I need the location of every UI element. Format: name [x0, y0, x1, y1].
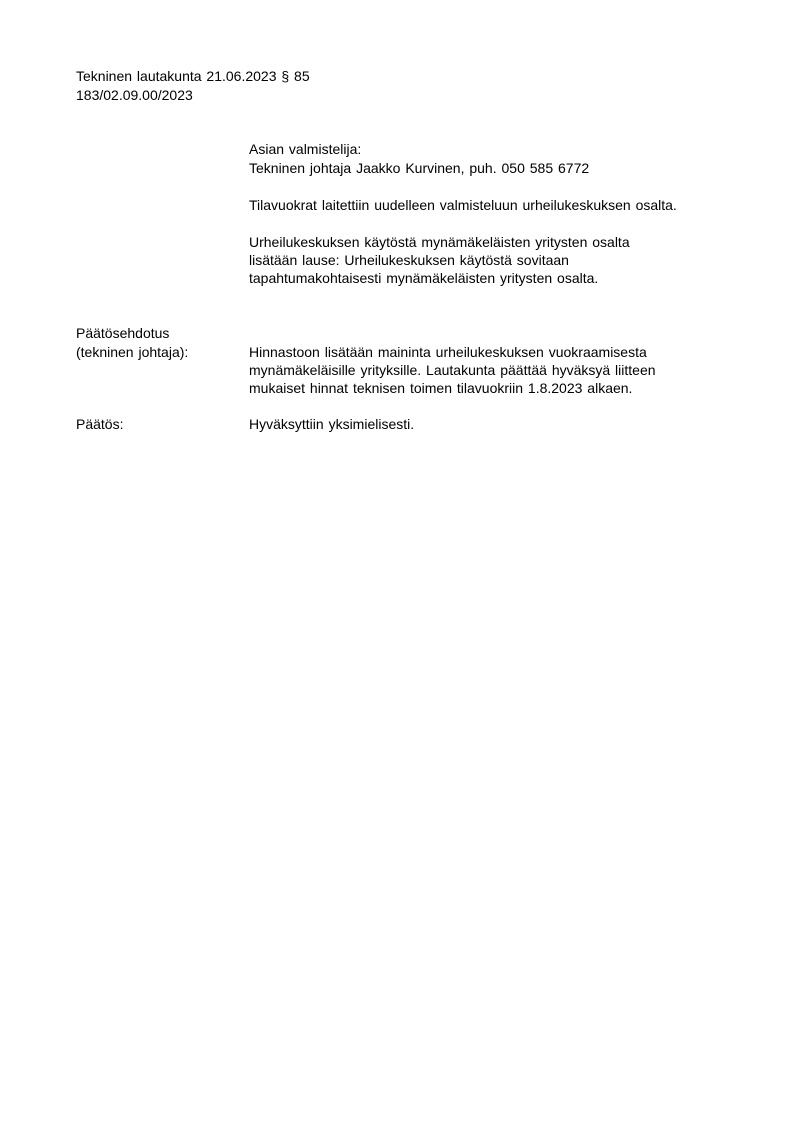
- paragraph-1-line-1: Tilavuokrat laitettiin uudelleen valmist…: [249, 197, 677, 213]
- preparer-label: Asian valmistelija:: [249, 141, 361, 157]
- proposal-line-3: mukaiset hinnat teknisen toimen tilavuok…: [249, 380, 632, 396]
- paragraph-2-line-3: tapahtumakohtaisesti mynämäkeläisten yri…: [249, 270, 598, 286]
- proposal-line-2: mynämäkeläisille yrityksille. Lautakunta…: [249, 362, 656, 378]
- meeting-header: Tekninen lautakunta 21.06.2023 § 85: [76, 68, 310, 84]
- case-number: 183/02.09.00/2023: [76, 87, 193, 103]
- paragraph-2-line-1: Urheilukeskuksen käytöstä mynämäkeläiste…: [249, 234, 630, 250]
- decision-text: Hyväksyttiin yksimielisesti.: [249, 416, 414, 432]
- proposal-line-1: Hinnastoon lisätään maininta urheilukesk…: [249, 344, 647, 360]
- preparer-name: Tekninen johtaja Jaakko Kurvinen, puh. 0…: [249, 160, 589, 176]
- paragraph-2-line-2: lisätään lause: Urheilukeskuksen käytöst…: [249, 252, 569, 268]
- decision-label: Päätös:: [76, 416, 123, 432]
- proposal-sublabel: (tekninen johtaja):: [76, 344, 188, 360]
- proposal-label: Päätösehdotus: [76, 325, 169, 341]
